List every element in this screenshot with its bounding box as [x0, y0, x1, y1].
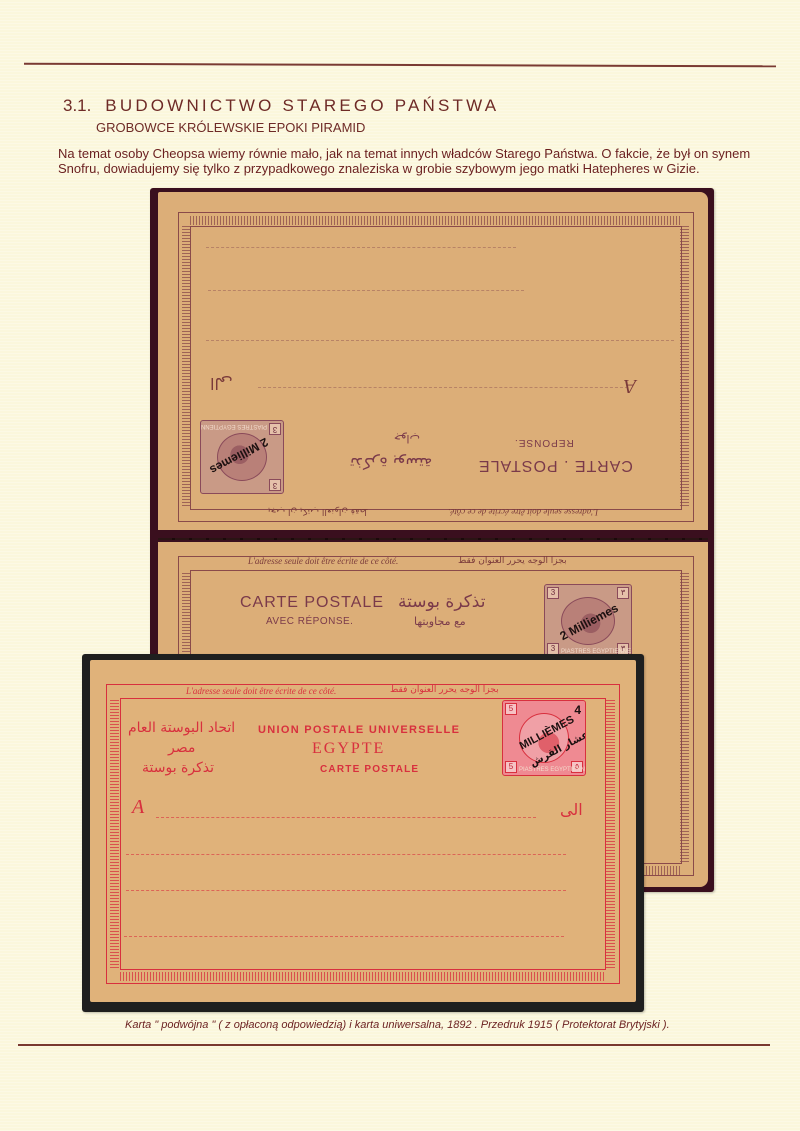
address-line: [206, 340, 674, 341]
pattern-border-bottom: [120, 972, 606, 981]
section-title: BUDOWNICTWO STAREGO PAŃSTWA: [105, 96, 499, 115]
stamp-value-corner: ٣: [617, 587, 629, 599]
reply-card-upper-half: الى A CARTE . POSTALE REPONSE. تذكرة بوس…: [158, 192, 708, 530]
card-subtitle: AVEC RÉPONSE.: [266, 616, 353, 627]
address-notice-arabic: بجزا الوجه يحرر العنوان فقط: [458, 556, 567, 566]
address-mark-left: A: [132, 796, 144, 819]
fold-perforation: [158, 538, 708, 540]
card-title: CARTE . POSTALE: [478, 456, 633, 474]
universal-card: L'adresse seule doit être écrite de ce c…: [90, 660, 636, 1002]
exhibit-caption: Karta " podwójna " ( z opłaconą odpowied…: [125, 1019, 670, 1031]
stamp-value-corner: 3: [547, 587, 559, 599]
address-line: [126, 890, 566, 891]
section-number: 3.1.: [63, 96, 91, 115]
card-subtitle: REPONSE.: [514, 437, 574, 448]
address-line: [258, 387, 628, 388]
reply-stamp: 3 3 PIASTRES EGYPTIENNES 2 Milliemes: [200, 420, 284, 494]
upu-line: UNION POSTALE UNIVERSELLE: [258, 724, 460, 736]
address-notice-arabic: بجزا الوجه يحرر العنوان فقط: [390, 685, 499, 695]
address-mark-left: A: [624, 374, 636, 397]
card-arabic-title: تذكرة بوستة: [398, 592, 485, 612]
arabic-line-2: مصر: [168, 740, 195, 756]
address-notice: L'adresse seule doit être écrite de ce c…: [448, 507, 598, 517]
pattern-border-top: [190, 216, 682, 225]
address-line: [126, 854, 566, 855]
address-line: [206, 247, 516, 248]
card-arabic-subtitle: جواب: [394, 432, 420, 445]
universal-card-stamp: 5 5 ٥ PIASTRES EGYPTIENNES MILLIÈMES 4 ا…: [502, 700, 586, 776]
address-mark-right: الى: [560, 800, 583, 819]
country-line: EGYPTE: [312, 740, 385, 758]
stamp-label: PIASTRES EGYPTIENNES: [200, 423, 267, 429]
intro-paragraph: Na temat osoby Cheopsa wiemy równie mało…: [58, 146, 778, 176]
stamp-overprint-value: 4: [574, 703, 581, 717]
top-divider: [24, 63, 776, 68]
card-arabic-subtitle: مع مجاوبتها: [414, 615, 466, 628]
bottom-divider: [18, 1044, 770, 1046]
page-heading: 3.1. BUDOWNICTWO STAREGO PAŃSTWA: [63, 96, 499, 116]
address-notice: L'adresse seule doit être écrite de ce c…: [186, 686, 336, 696]
stamp-value-corner: 5: [505, 703, 517, 715]
pattern-border-right: [606, 698, 615, 968]
arabic-line-3: تذكرة بوستة: [142, 760, 214, 776]
address-line: [156, 817, 536, 818]
stamp-label: PIASTRES EGYPTIENNES: [519, 767, 586, 773]
page-subheading: GROBOWCE KRÓLEWSKIE EPOKI PIRAMID: [96, 120, 365, 135]
card-type-line: CARTE POSTALE: [320, 764, 419, 775]
stamp-value-corner: 3: [269, 423, 281, 435]
pattern-border-left: [110, 698, 119, 968]
address-mark-right: الى: [210, 374, 233, 393]
arabic-line-1: اتحاد البوستة العام: [128, 720, 235, 736]
stamp-value-corner: 3: [269, 479, 281, 491]
address-line: [208, 290, 524, 291]
address-notice-arabic: يجب ان يكتب العنوان فقط: [268, 506, 368, 516]
address-line: [124, 936, 564, 937]
stamp-value-corner: 5: [505, 761, 517, 773]
address-notice: L'adresse seule doit être écrite de ce c…: [248, 556, 398, 566]
reply-card-stamp: 3 ٣ 3 ٣ PIASTRES EGYPTIENNES 2 Milliemes: [544, 584, 632, 658]
card-arabic-title: تذكرة بوستة: [350, 454, 432, 473]
card-title: CARTE POSTALE: [240, 594, 384, 612]
